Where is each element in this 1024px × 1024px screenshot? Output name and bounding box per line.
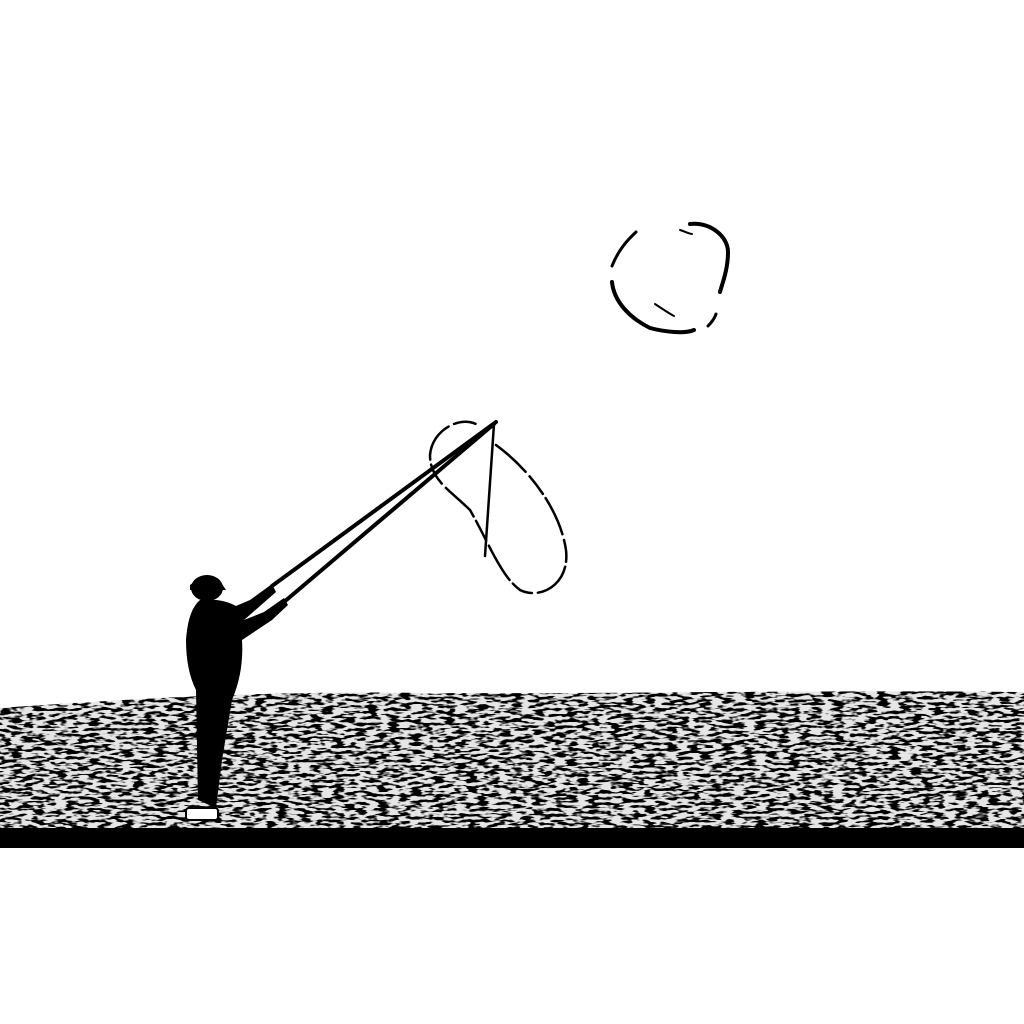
bubble-loop [430, 422, 566, 593]
illustration [0, 0, 1024, 1024]
bubble-wand [272, 422, 496, 602]
floating-bubble [612, 224, 728, 332]
textured-ground [0, 690, 1024, 848]
